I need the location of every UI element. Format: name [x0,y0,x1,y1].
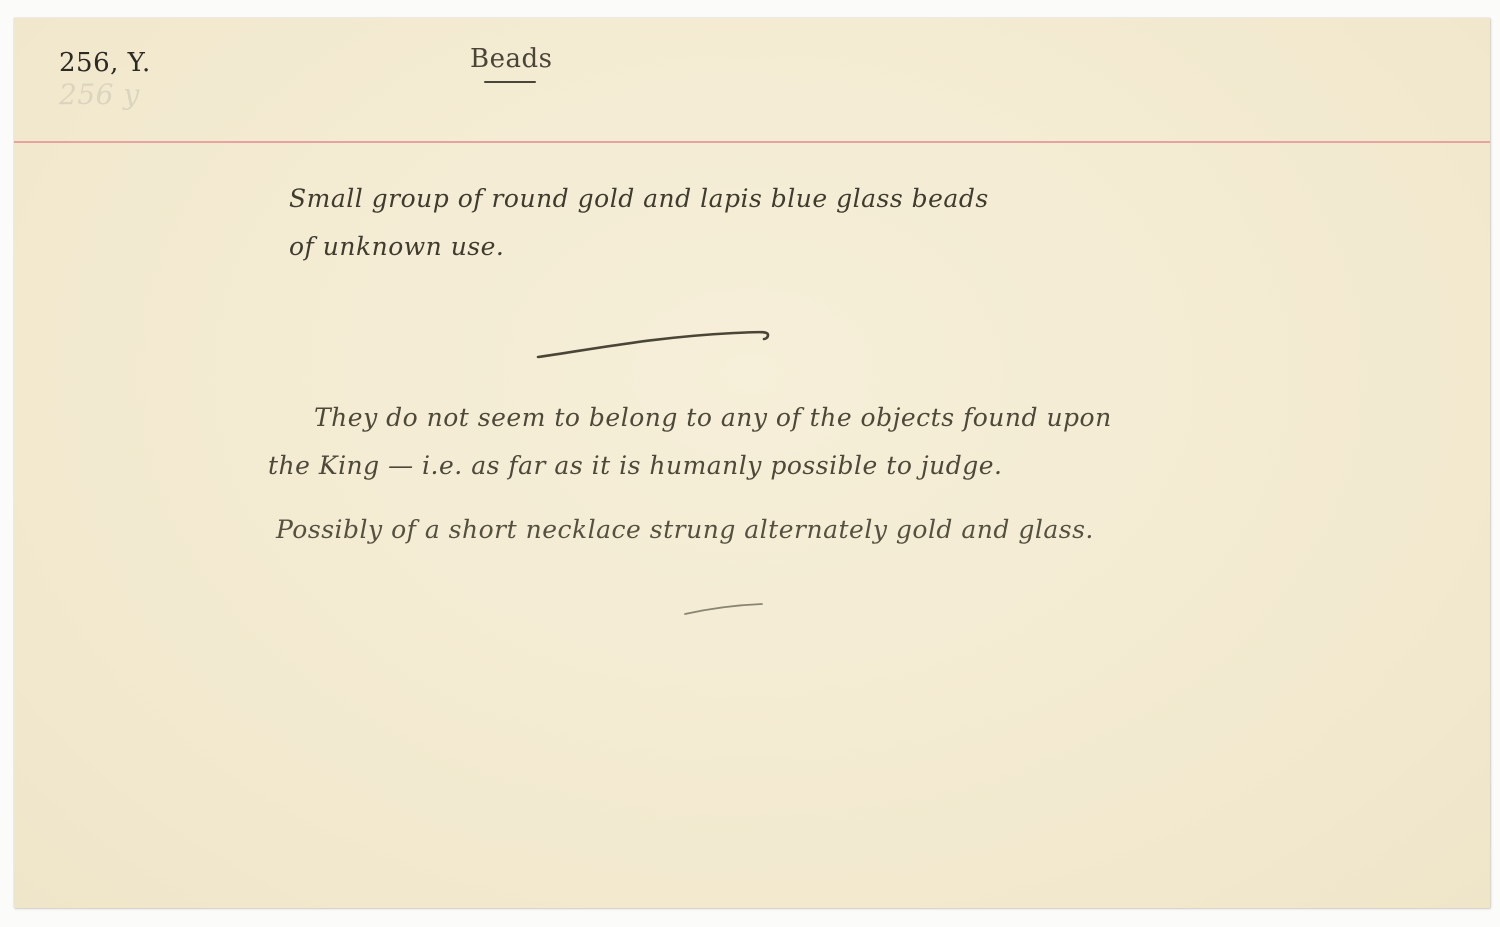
notes-line-3: Possibly of a short necklace strung alte… [276,515,1094,544]
index-card: 256 y 256, Y. Beads Small group of round… [14,18,1490,908]
title-underline [484,81,536,83]
card-title: Beads [470,44,552,74]
notes-line-1: They do not seem to belong to any of the… [314,403,1112,432]
catalog-number-ghost: 256 y [59,78,140,111]
notes-line-2: the King — i.e. as far as it is humanly … [268,451,1002,480]
catalog-number: 256, Y. [59,48,151,78]
end-dash [682,600,766,618]
description-line-2: of unknown use. [289,232,504,261]
header-red-rule [14,141,1490,143]
separator-flourish [534,323,774,363]
description-line-1: Small group of round gold and lapis blue… [289,184,989,213]
